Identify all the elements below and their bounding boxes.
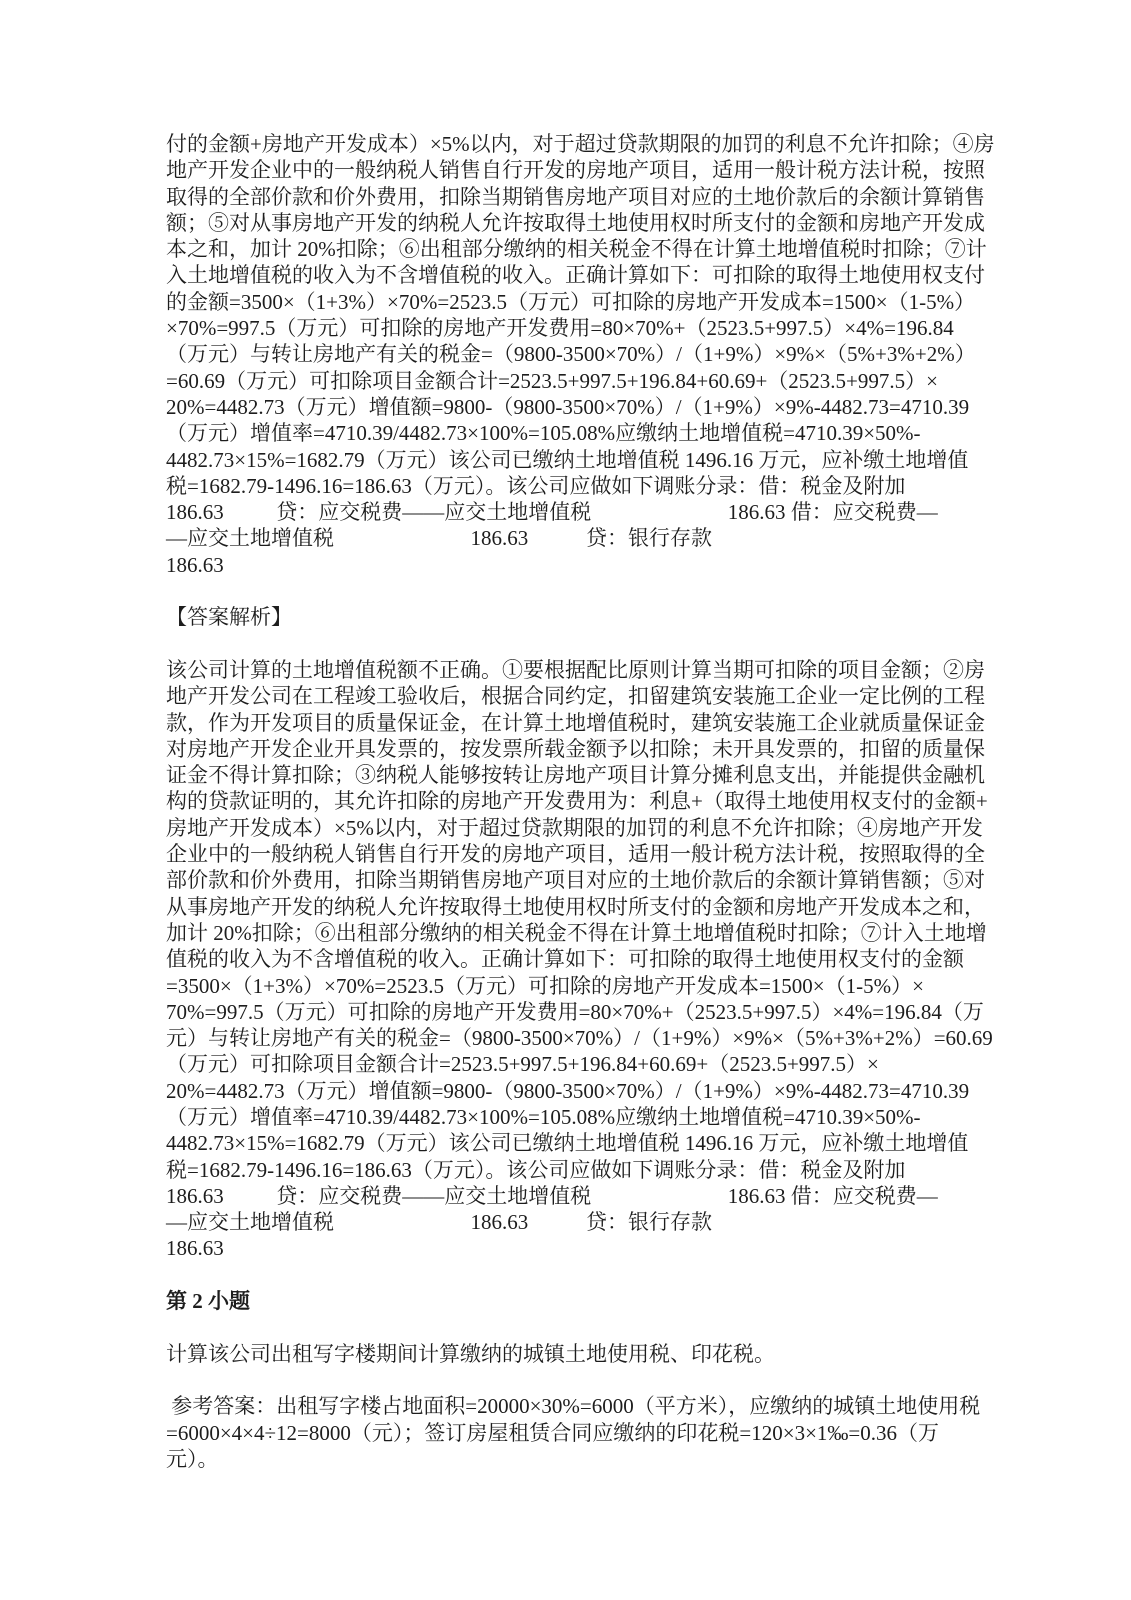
analysis-heading: 【答案解析】 — [166, 604, 978, 630]
analysis-paragraph: 该公司计算的土地增值税额不正确。①要根据配比原则计算当期可扣除的项目金额；②房 … — [166, 657, 978, 1262]
section2-answer-paragraph: 参考答案：出租写字楼占地面积=20000×30%=6000（平方米），应缴纳的城… — [166, 1393, 978, 1472]
section2-question: 计算该公司出租写字楼期间计算缴纳的城镇土地使用税、印花税。 — [166, 1341, 978, 1367]
section2-heading: 第 2 小题 — [166, 1288, 978, 1314]
answer-continuation-paragraph: 付的金额+房地产开发成本）×5%以内，对于超过贷款期限的加罚的利息不允许扣除；④… — [166, 131, 978, 578]
document-content: 付的金额+房地产开发成本）×5%以内，对于超过贷款期限的加罚的利息不允许扣除；④… — [166, 131, 978, 1472]
document-page: 付的金额+房地产开发成本）×5%以内，对于超过贷款期限的加罚的利息不允许扣除；④… — [0, 0, 1131, 1600]
